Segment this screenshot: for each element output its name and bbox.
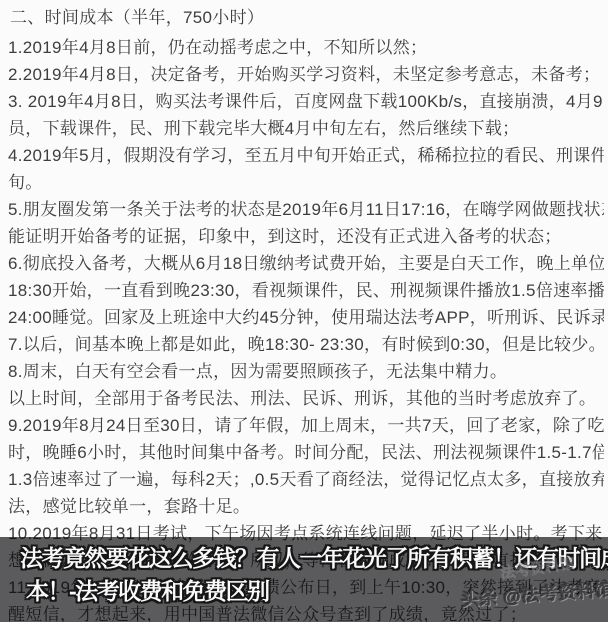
article-line: 24:00睡觉。回家及上班途中大约45分钟，使用瑞达法考APP，听刑诉、民诉录音… [8,304,604,331]
article-line: 法，感觉比较单一，套路十足。 [8,493,604,520]
article-line: 员，下载课件，民、刑下载完毕大概4月中旬左右，然后继续下载； [8,115,604,142]
article-line: 9.2019年8月24日至30日，请了年假，加上周末，一共7天，回了老家，除了吃… [8,412,604,439]
article-line: 8.周末，白天有空会看一点，因为需要照顾孩子，无法集中精力。 [8,358,604,385]
article-line: 1.2019年4月8日前，仍在动摇考虑之中，不知所以然； [8,34,604,61]
article-line: 能证明开始备考的证据，印象中，到这时，还没有正式进入备考的状态； [8,223,604,250]
article-line: 以上时间，全部用于备考民法、刑法、民诉、刑诉，其他的当时考虑放弃了。 [8,385,604,412]
article-line: 2.2019年4月8日，决定备考，开始购买学习资料，未坚定参考意志，未备考； [8,61,604,88]
article-line: 4.2019年5月，假期没有学习，至五月中旬开始正式，稀稀拉拉的看民、刑课件，一… [8,142,604,169]
article-screenshot-page: 二、时间成本（半年，750小时） 1.2019年4月8日前，仍在动摇考虑之中，不… [0,0,608,622]
article-line: 6.彻底投入备考，大概从6月18日缴纳考试费开始，主要是白天工作，晚上单位下班吃… [8,250,604,277]
article-line: 7.以后，间基本晚上都是如此，晚18:30- 23:30，有时候到0:30，但是… [8,331,604,358]
article-heading: 二、时间成本（半年，750小时） [8,4,604,31]
article-line: 时，晚睡6小时，其他时间集中备考。时间分配，民法、刑法视频课件1.5-1.7倍速… [8,439,604,466]
article-line: 旬。 [8,169,604,196]
article-line: 3. 2019年4月8日，购买法考课件后，百度网盘下载100Kb/s，直接崩溃，… [8,88,604,115]
article-body: 二、时间成本（半年，750小时） 1.2019年4月8日前，仍在动摇考虑之中，不… [8,4,604,622]
article-line: 5.朋友圈发第一条关于法考的状态是2019年6月11日17:16，在嗨学网做题找… [8,196,604,223]
article-line: 1.3倍速率过了一遍，每科2天；,0.5天看了商经法，觉得记忆点太多，直接放弃，… [8,466,604,493]
article-line: 18:30开始，一直看到晚23:30，看视频课件，民、刑视频课件播放1.5倍速率… [8,277,604,304]
